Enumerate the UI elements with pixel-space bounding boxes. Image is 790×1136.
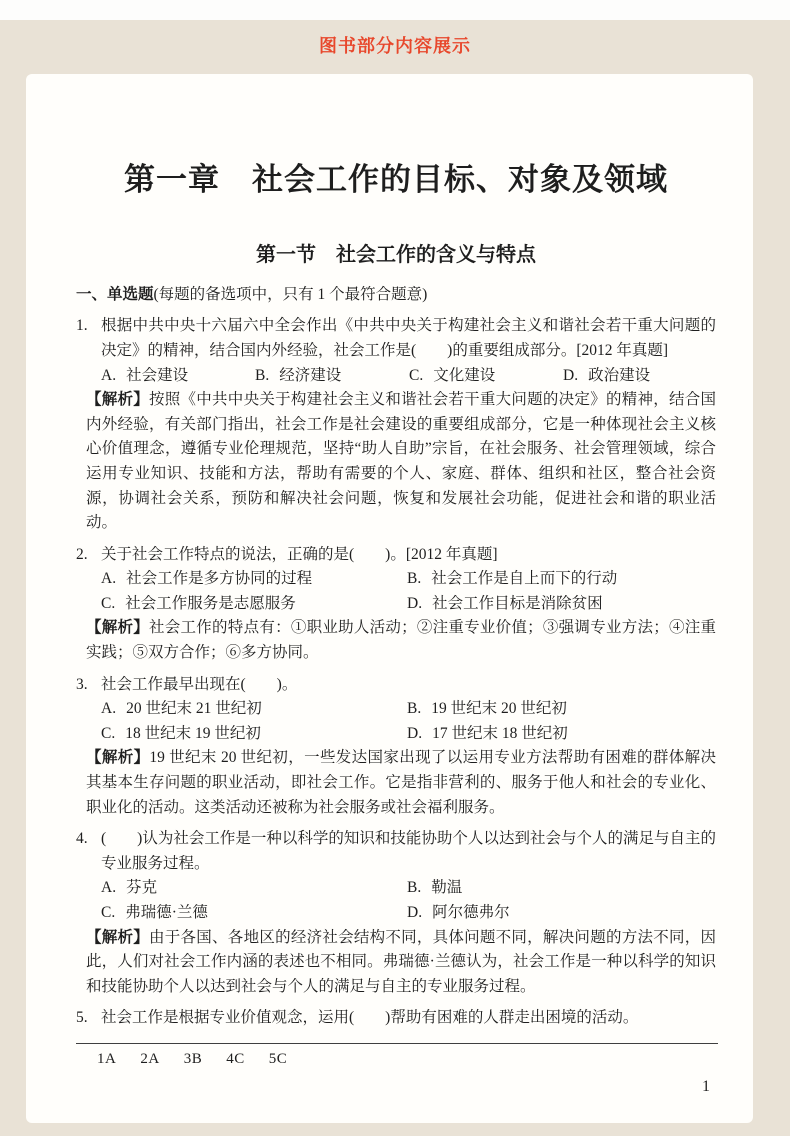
option-text: 经济建设 — [279, 367, 341, 384]
question-type-heading: 一、单选题(每题的备选项中，只有 1 个最符合题意) — [76, 283, 716, 308]
question-text: 关于社会工作特点的说法，正确的是( )。[2012 年真题] — [101, 546, 498, 563]
answer-key-item: 4C — [226, 1051, 245, 1067]
option-text: 社会工作是自上而下的行动 — [431, 570, 617, 587]
option-label: C. — [101, 595, 115, 612]
question-stem: 4. ( )认为社会工作是一种以科学的知识和技能协助个人以达到社会与个人的满足与… — [76, 827, 716, 876]
option-d: D.政治建设 — [563, 364, 716, 389]
question-text: 社会工作是根据专业价值观念，运用( )帮助有困难的人群走出困境的活动。 — [101, 1009, 638, 1026]
option-d: D.17 世纪末 18 世纪初 — [407, 722, 716, 747]
explanation-text: 19 世纪末 20 世纪初，一些发达国家出现了以运用专业方法帮助有困难的群体解决… — [86, 749, 716, 815]
question-options: A.社会建设 B.经济建设 C.文化建设 D.政治建设 — [101, 364, 716, 389]
answer-key-item: 3B — [184, 1051, 203, 1067]
top-white-strip — [0, 0, 790, 20]
option-b: B.19 世纪末 20 世纪初 — [407, 697, 716, 722]
explanation-text: 按照《中共中央关于构建社会主义和谐社会若干重大问题的决定》的精神，结合国内外经验… — [86, 391, 716, 531]
question-number: 2. — [76, 543, 88, 568]
question-options: A.20 世纪末 21 世纪初 B.19 世纪末 20 世纪初 C.18 世纪末… — [101, 697, 716, 746]
explanation-tag: 【解析】 — [86, 619, 149, 636]
option-label: C. — [101, 725, 115, 742]
explanation-tag: 【解析】 — [86, 749, 149, 766]
question-stem: 3. 社会工作最早出现在( )。 — [76, 673, 716, 698]
option-label: B. — [407, 700, 421, 717]
question-1: 1. 根据中共中央十六届六中全会作出《中共中央关于构建社会主义和谐社会若干重大问… — [76, 314, 716, 535]
answer-key-item: 2A — [140, 1051, 159, 1067]
option-a: A.20 世纪末 21 世纪初 — [101, 697, 407, 722]
option-label: A. — [101, 570, 116, 587]
question-type-label: 一、单选题 — [76, 286, 154, 303]
question-number: 5. — [76, 1006, 88, 1031]
option-label: B. — [255, 367, 269, 384]
question-stem: 5. 社会工作是根据专业价值观念，运用( )帮助有困难的人群走出困境的活动。 — [76, 1006, 716, 1031]
question-number: 3. — [76, 673, 88, 698]
option-text: 社会工作目标是消除贫困 — [432, 595, 603, 612]
option-label: B. — [407, 879, 421, 896]
option-a: A.社会工作是多方协同的过程 — [101, 567, 407, 592]
option-label: D. — [407, 725, 422, 742]
option-text: 阿尔德弗尔 — [432, 904, 510, 921]
question-options: A.社会工作是多方协同的过程 B.社会工作是自上而下的行动 C.社会工作服务是志… — [101, 567, 716, 616]
option-d: D.阿尔德弗尔 — [407, 901, 716, 926]
option-b: B.经济建设 — [255, 364, 409, 389]
explanation: 【解析】19 世纪末 20 世纪初，一些发达国家出现了以运用专业方法帮助有困难的… — [86, 746, 716, 820]
option-label: A. — [101, 700, 116, 717]
page-number: 1 — [76, 1078, 718, 1096]
section-title: 第一节 社会工作的含义与特点 — [76, 242, 716, 268]
answer-key-item: 1A — [97, 1051, 116, 1067]
explanation: 【解析】社会工作的特点有：①职业助人活动；②注重专业价值；③强调专业方法；④注重… — [86, 616, 716, 665]
option-text: 文化建设 — [433, 367, 495, 384]
question-5: 5. 社会工作是根据专业价值观念，运用( )帮助有困难的人群走出困境的活动。 — [76, 1006, 716, 1031]
question-text: ( )认为社会工作是一种以科学的知识和技能协助个人以达到社会与个人的满足与自主的… — [101, 830, 716, 872]
option-text: 政治建设 — [588, 367, 650, 384]
option-text: 18 世纪末 19 世纪初 — [125, 725, 261, 742]
option-text: 社会工作服务是志愿服务 — [125, 595, 296, 612]
option-label: A. — [101, 879, 116, 896]
answer-key: 1A2A3B4C5C — [97, 1051, 718, 1068]
option-c: C.弗瑞德·兰德 — [101, 901, 407, 926]
option-label: B. — [407, 570, 421, 587]
explanation: 【解析】由于各国、各地区的经济社会结构不同，具体问题不同，解决问题的方法不同，因… — [86, 926, 716, 1000]
option-label: D. — [407, 904, 422, 921]
screenshot-canvas: 图书部分内容展示 第一章 社会工作的目标、对象及领域 第一节 社会工作的含义与特… — [0, 0, 790, 1136]
option-text: 19 世纪末 20 世纪初 — [431, 700, 567, 717]
explanation-tag: 【解析】 — [86, 929, 149, 946]
option-label: A. — [101, 367, 116, 384]
option-text: 17 世纪末 18 世纪初 — [432, 725, 568, 742]
option-text: 弗瑞德·兰德 — [125, 904, 208, 921]
explanation-tag: 【解析】 — [86, 391, 149, 408]
option-label: C. — [409, 367, 423, 384]
question-text: 根据中共中央十六届六中全会作出《中共中央关于构建社会主义和谐社会若干重大问题的决… — [101, 317, 716, 359]
option-label: D. — [563, 367, 578, 384]
explanation-text: 由于各国、各地区的经济社会结构不同，具体问题不同，解决问题的方法不同，因此，人们… — [86, 929, 716, 995]
answer-key-item: 5C — [269, 1051, 288, 1067]
option-a: A.社会建设 — [101, 364, 255, 389]
option-a: A.芬克 — [101, 876, 407, 901]
question-options: A.芬克 B.勒温 C.弗瑞德·兰德 D.阿尔德弗尔 — [101, 876, 716, 925]
question-2: 2. 关于社会工作特点的说法，正确的是( )。[2012 年真题] A.社会工作… — [76, 543, 716, 666]
question-text: 社会工作最早出现在( )。 — [101, 676, 297, 693]
option-c: C.18 世纪末 19 世纪初 — [101, 722, 407, 747]
explanation: 【解析】按照《中共中央关于构建社会主义和谐社会若干重大问题的决定》的精神，结合国… — [86, 388, 716, 536]
chapter-title: 第一章 社会工作的目标、对象及领域 — [76, 161, 716, 200]
option-b: B.勒温 — [407, 876, 716, 901]
option-label: C. — [101, 904, 115, 921]
option-c: C.社会工作服务是志愿服务 — [101, 592, 407, 617]
option-label: D. — [407, 595, 422, 612]
option-d: D.社会工作目标是消除贫困 — [407, 592, 716, 617]
option-b: B.社会工作是自上而下的行动 — [407, 567, 716, 592]
banner-title: 图书部分内容展示 — [0, 20, 790, 74]
content-divider — [76, 1043, 718, 1044]
option-text: 勒温 — [431, 879, 462, 896]
option-text: 芬克 — [126, 879, 157, 896]
question-3: 3. 社会工作最早出现在( )。 A.20 世纪末 21 世纪初 B.19 世纪… — [76, 673, 716, 821]
option-text: 社会建设 — [126, 367, 188, 384]
explanation-text: 社会工作的特点有：①职业助人活动；②注重专业价值；③强调专业方法；④注重实践；⑤… — [86, 619, 716, 661]
book-page: 第一章 社会工作的目标、对象及领域 第一节 社会工作的含义与特点 一、单选题(每… — [26, 74, 753, 1123]
question-stem: 2. 关于社会工作特点的说法，正确的是( )。[2012 年真题] — [76, 543, 716, 568]
question-number: 4. — [76, 827, 88, 852]
question-number: 1. — [76, 314, 88, 339]
page-footer: 1A2A3B4C5C 1 — [76, 1043, 718, 1096]
question-4: 4. ( )认为社会工作是一种以科学的知识和技能协助个人以达到社会与个人的满足与… — [76, 827, 716, 999]
option-text: 20 世纪末 21 世纪初 — [126, 700, 262, 717]
question-stem: 1. 根据中共中央十六届六中全会作出《中共中央关于构建社会主义和谐社会若干重大问… — [76, 314, 716, 363]
option-text: 社会工作是多方协同的过程 — [126, 570, 312, 587]
option-c: C.文化建设 — [409, 364, 563, 389]
question-type-note: (每题的备选项中，只有 1 个最符合题意) — [154, 286, 428, 303]
